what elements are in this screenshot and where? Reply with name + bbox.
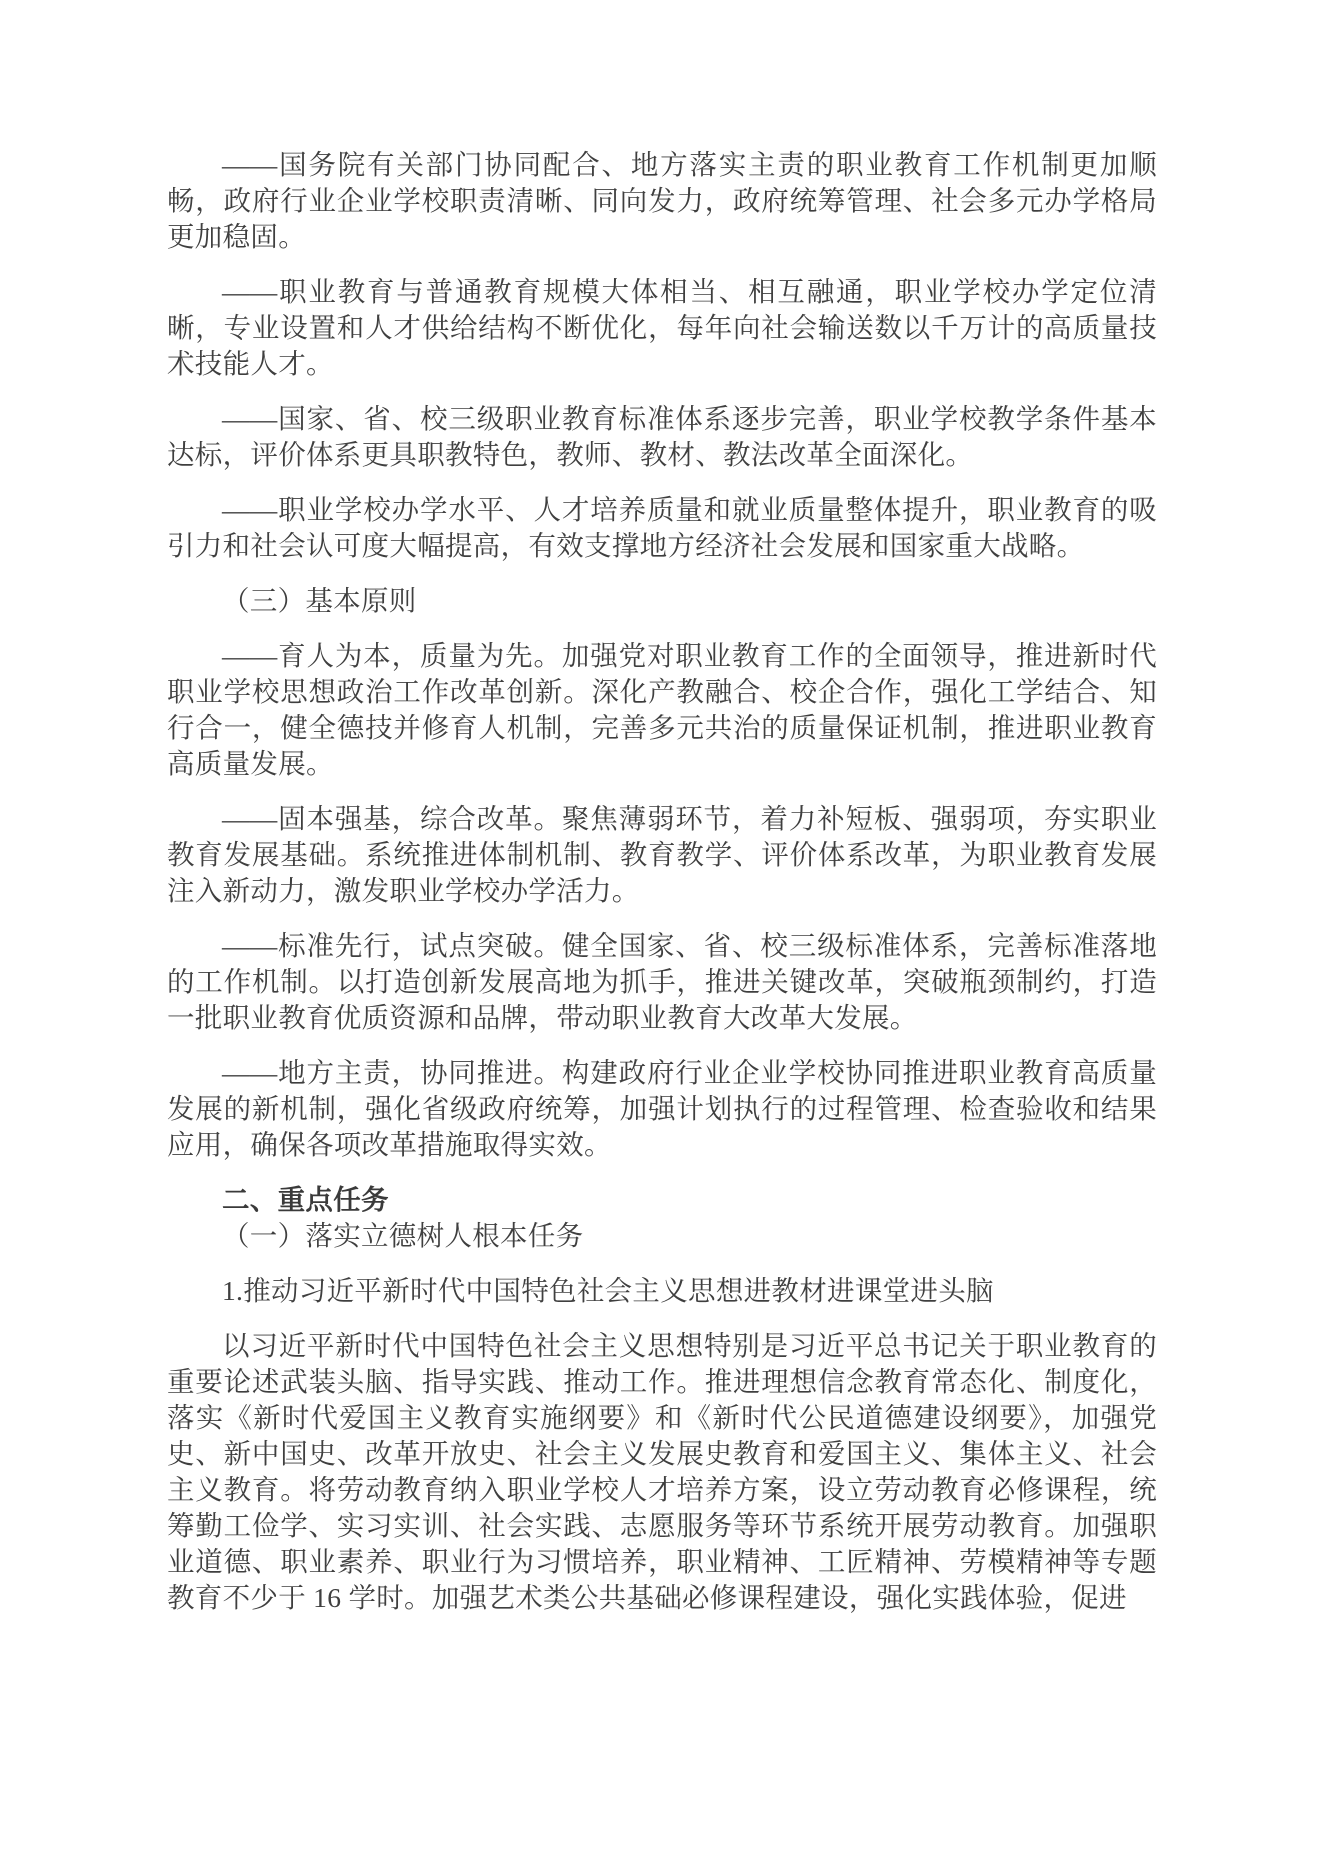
paragraph-goal-scale: ——职业教育与普通教育规模大体相当、相互融通，职业学校办学定位清晰，专业设置和人… [167,274,1157,382]
paragraph-goal-standards: ——国家、省、校三级职业教育标准体系逐步完善，职业学校教学条件基本达标，评价体系… [167,401,1157,473]
paragraph-goal-quality: ——职业学校办学水平、人才培养质量和就业质量整体提升，职业教育的吸引力和社会认可… [167,492,1157,564]
paragraph-task1-body: 以习近平新时代中国特色社会主义思想特别是习近平总书记关于职业教育的重要论述武装头… [167,1328,1157,1616]
paragraph-goal-mechanism: ——国务院有关部门协同配合、地方落实主责的职业教育工作机制更加顺畅，政府行业企业… [167,147,1157,255]
key-tasks-heading-group: 二、重点任务 （一）落实立德树人根本任务 [167,1182,1157,1254]
subsection-heading-moral-education: （一）落实立德树人根本任务 [167,1218,1157,1254]
task1-heading-xi-thought: 1.推动习近平新时代中国特色社会主义思想进教材进课堂进头脑 [167,1273,1157,1309]
paragraph-principle-standards-first: ——标准先行，试点突破。健全国家、省、校三级标准体系，完善标准落地的工作机制。以… [167,928,1157,1036]
document-page: ——国务院有关部门协同配合、地方落实主责的职业教育工作机制更加顺畅，政府行业企业… [0,0,1323,1871]
paragraph-principle-reform: ——固本强基，综合改革。聚焦薄弱环节，着力补短板、强弱项，夯实职业教育发展基础。… [167,801,1157,909]
paragraph-principle-local-responsibility: ——地方主责，协同推进。构建政府行业企业学校协同推进职业教育高质量发展的新机制，… [167,1055,1157,1163]
part2-heading-key-tasks: 二、重点任务 [167,1182,1157,1218]
paragraph-principle-education-first: ——育人为本，质量为先。加强党对职业教育工作的全面领导，推进新时代职业学校思想政… [167,638,1157,782]
section-heading-basic-principles: （三）基本原则 [167,583,1157,619]
